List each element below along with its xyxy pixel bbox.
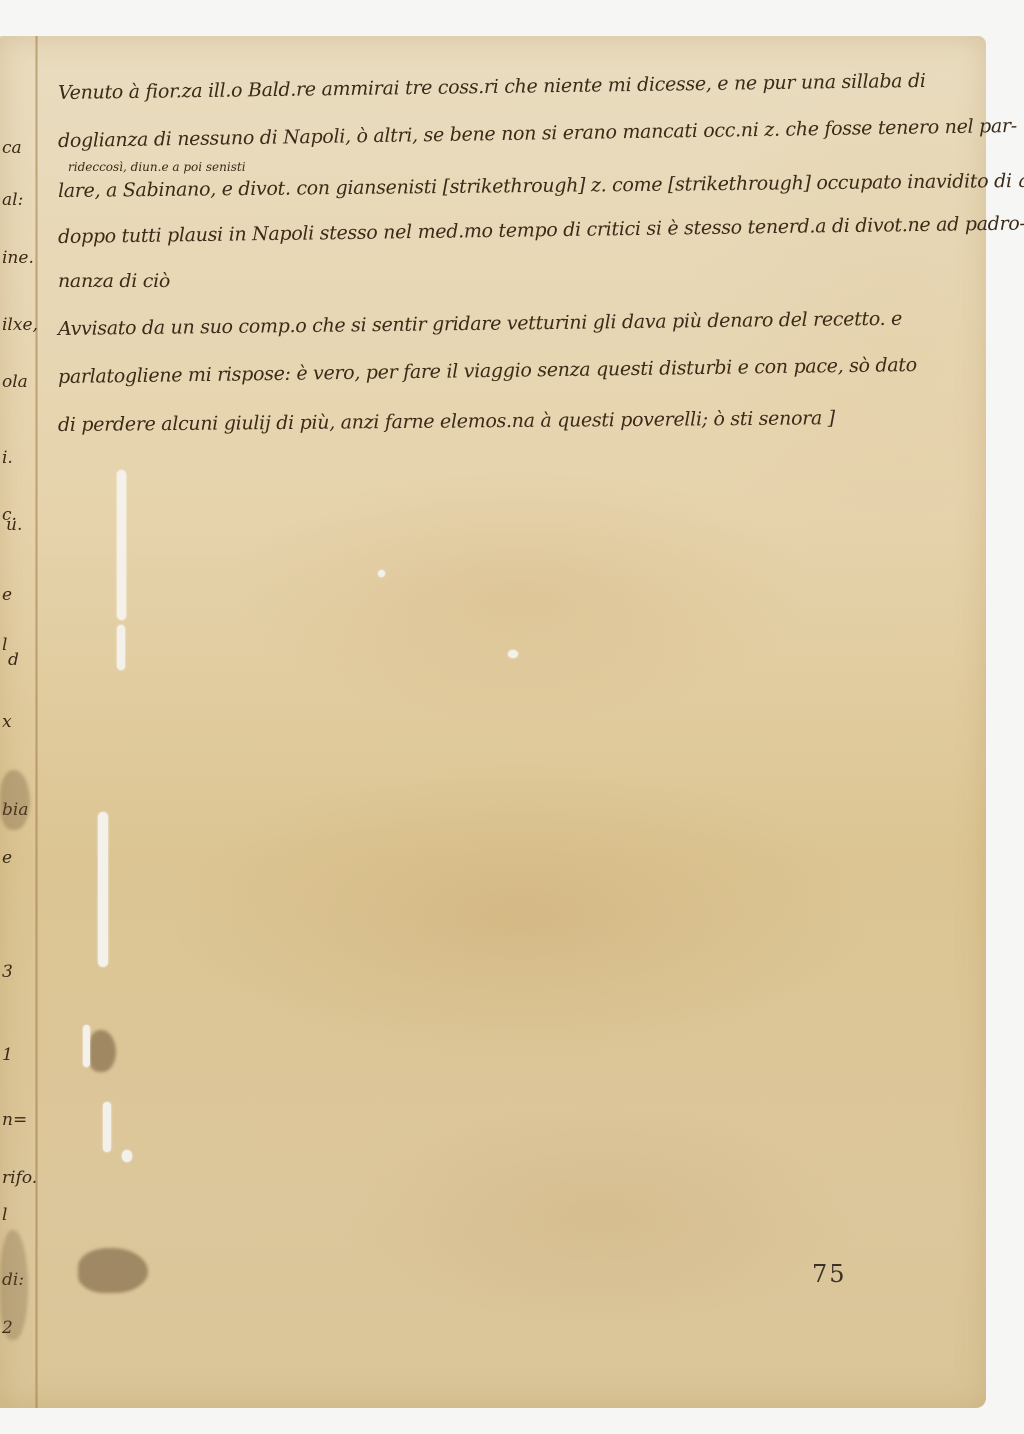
wax-drip [117,470,126,620]
margin-fragment: e [2,585,12,605]
wax-drip [117,625,125,670]
wax-drip [103,1102,111,1152]
wax-drip [98,812,108,967]
wax-drip [83,1025,90,1067]
water-stain [78,1248,148,1293]
margin-fragment: l [2,1205,7,1225]
folio-number: 75 [812,1260,847,1288]
binding-fold [35,36,38,1408]
margin-fragment: 3 [2,962,13,982]
text-line-5: nanza di ciò [58,270,170,292]
water-stain [88,1030,116,1072]
margin-fragment: l [2,635,7,655]
margin-fragment: i. [2,448,13,468]
interlinear-insertion: rideccosì, diun.e a poi senisti [68,160,246,174]
margin-fragment: ola [2,372,28,392]
margin-fragment: n= [2,1110,27,1130]
margin-fragment: al: [2,190,23,210]
margin-fragment: 1 [2,1045,13,1065]
margin-fragment: d [8,650,19,670]
margin-fragment: ine. [2,248,34,268]
wax-drip [122,1150,132,1162]
wax-drop [378,570,385,577]
margin-fragment: rifo. [2,1168,37,1188]
ink-stain [0,1230,28,1340]
wax-drop [508,650,518,658]
margin-fragment: e [2,848,12,868]
margin-fragment: ca [2,138,22,158]
margin-fragment: u. [6,515,22,535]
margin-fragment: ilxe, [2,315,38,335]
ink-stain [0,770,30,830]
margin-fragment: x [2,712,12,732]
